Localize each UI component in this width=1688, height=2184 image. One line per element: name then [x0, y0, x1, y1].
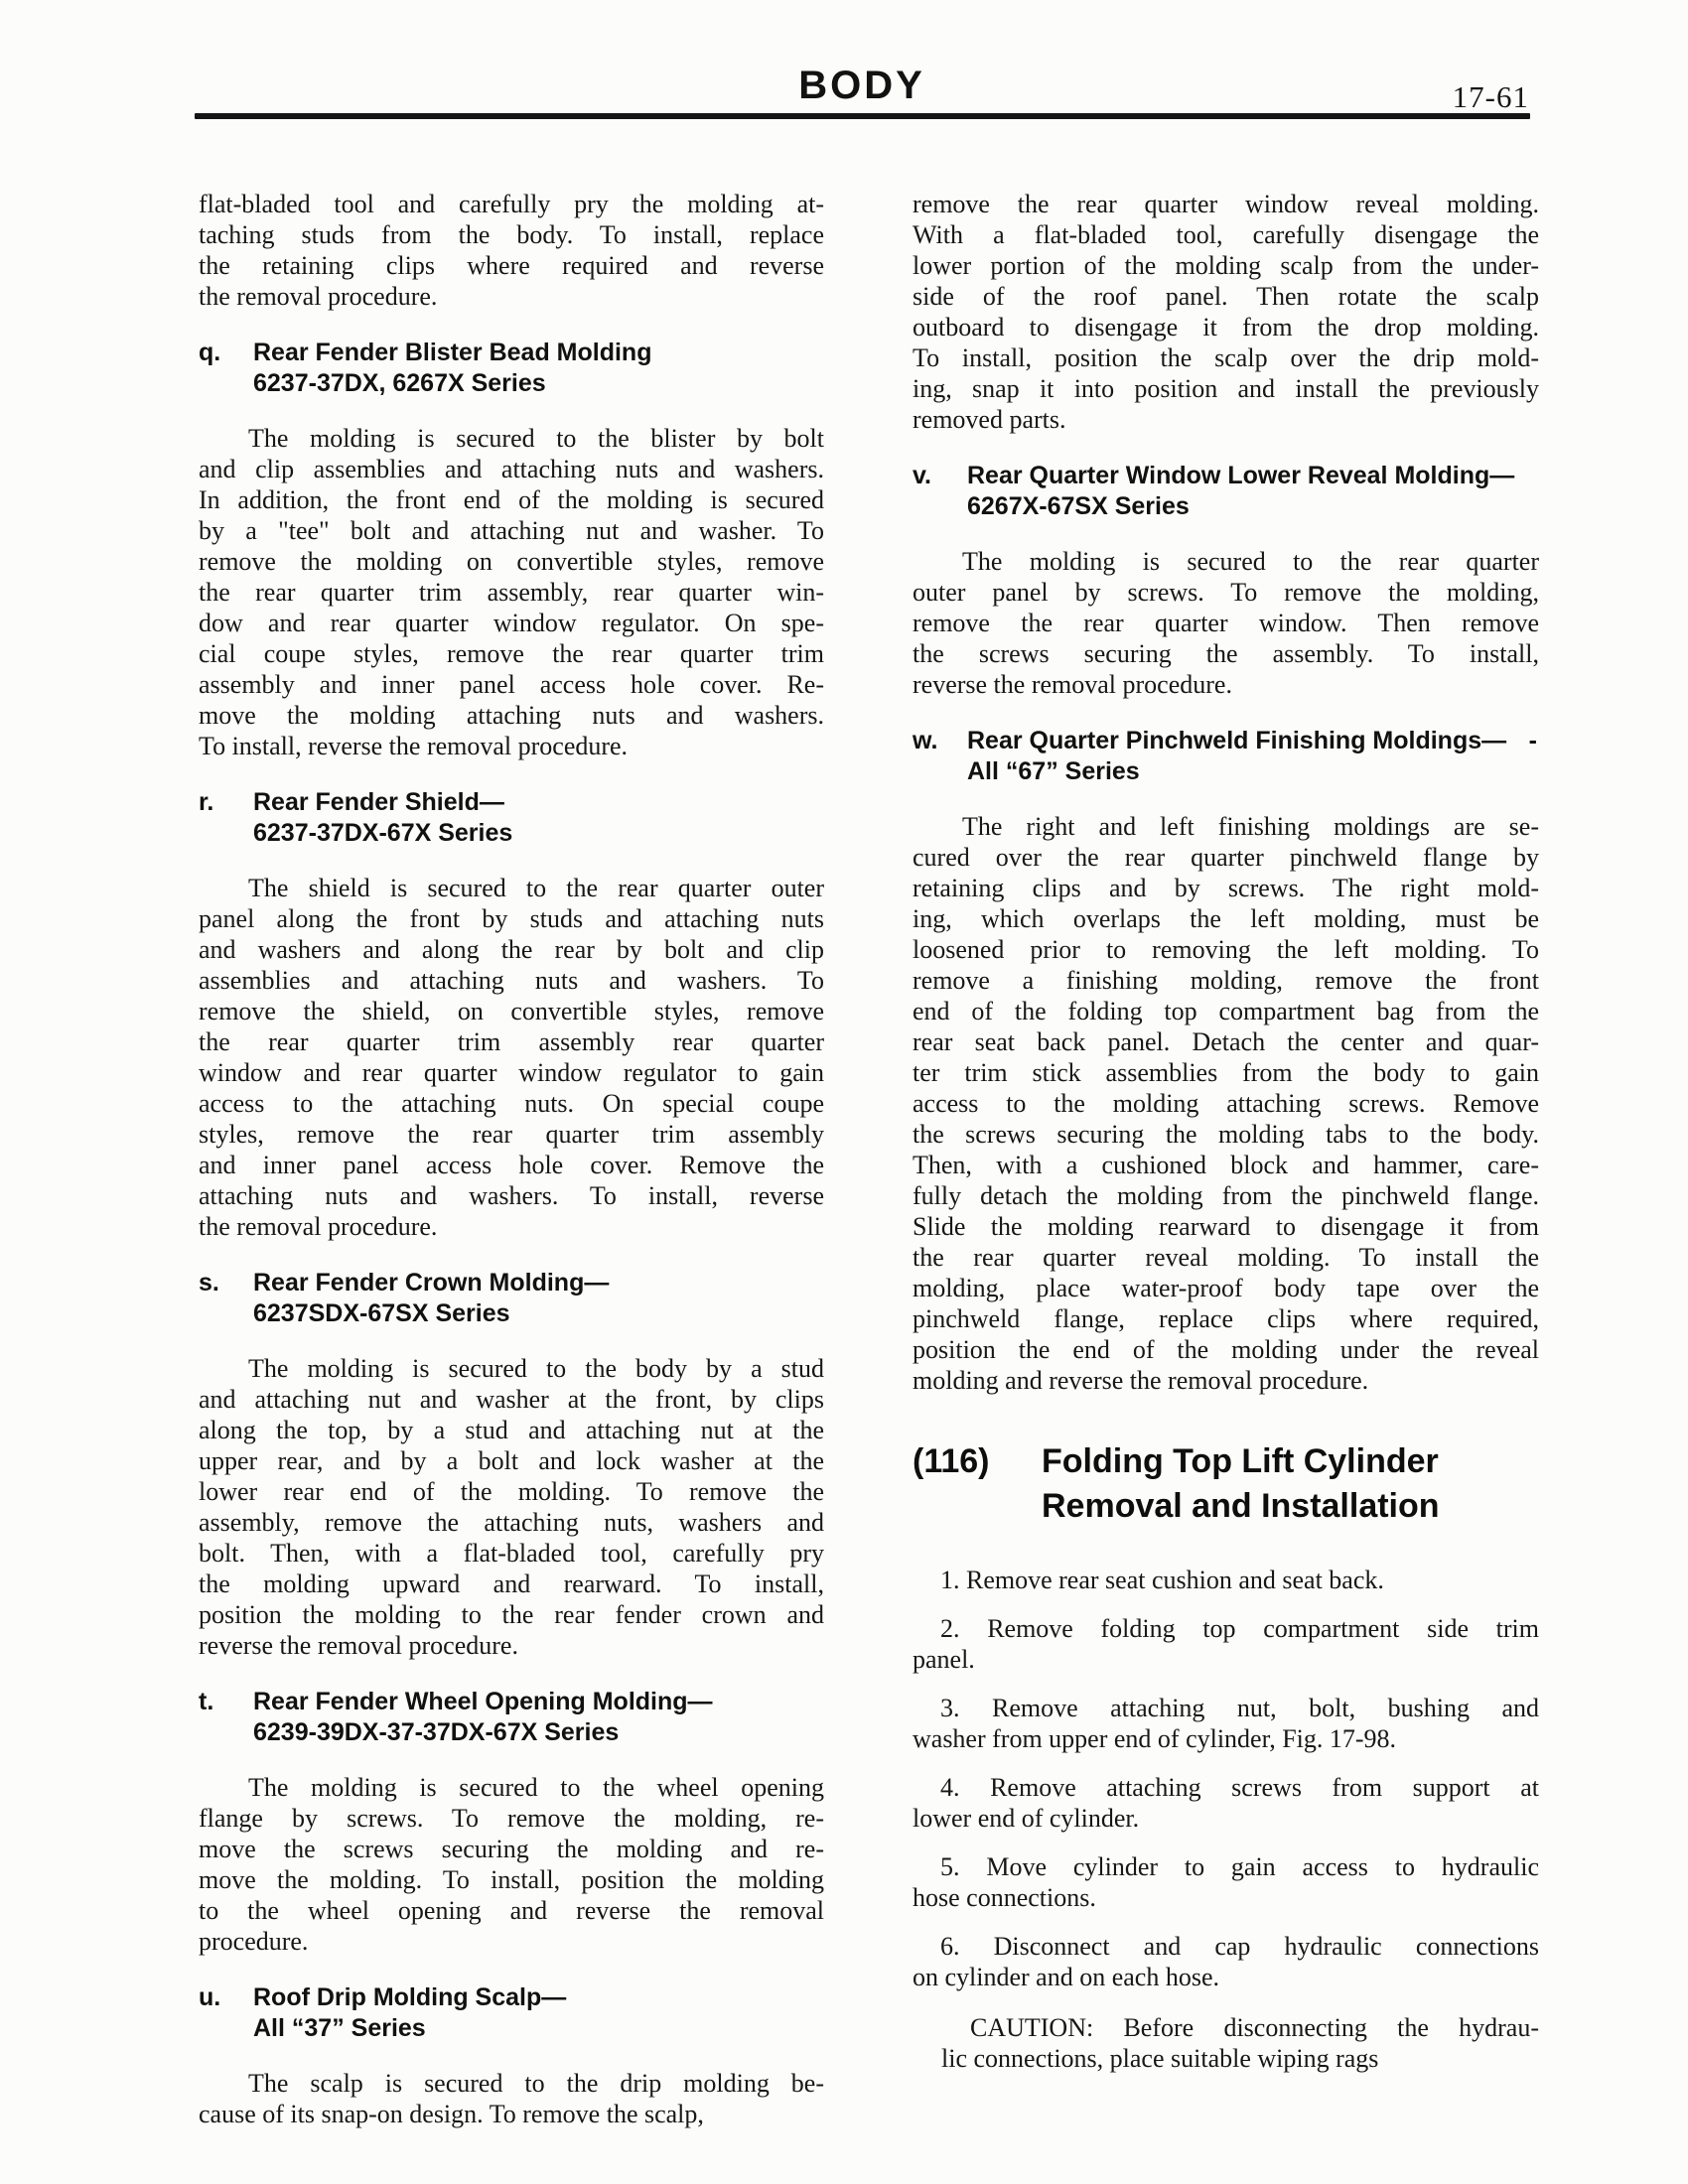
text-line: All “67” Series: [967, 756, 1539, 787]
text-line: lower portion of the molding scalp from …: [913, 250, 1539, 281]
text-line: remove a finishing molding, remove the f…: [913, 965, 1539, 996]
text-line: Slide the molding rearward to disengage …: [913, 1211, 1539, 1242]
text-line: The right and left finishing moldings ar…: [913, 811, 1539, 842]
text-line: the screws securing the molding tabs to …: [913, 1119, 1539, 1150]
paragraph: The scalp is secured to the drip molding…: [199, 2068, 824, 2129]
text-line: the rear quarter reveal molding. To inst…: [913, 1242, 1539, 1273]
text-line: outer panel by screws. To remove the mol…: [913, 577, 1539, 608]
text-line: by a "tee" bolt and attaching nut and wa…: [199, 515, 824, 546]
text-line: the screws securing the assembly. To ins…: [913, 638, 1539, 669]
text-line: 6. Disconnect and cap hydraulic connecti…: [913, 1931, 1539, 1962]
subsection-heading: s.Rear Fender Crown Molding—6237SDX-67SX…: [199, 1268, 824, 1329]
header-rule: [195, 113, 1530, 119]
text-line: cial coupe styles, remove the rear quart…: [199, 638, 824, 669]
text-line: taching studs from the body. To install,…: [199, 219, 824, 250]
text-line: CAUTION: Before disconnecting the hydrau…: [941, 2012, 1539, 2043]
text-line: Rear Fender Blister Bead Molding: [253, 338, 824, 368]
text-line: the rear quarter trim assembly rear quar…: [199, 1026, 824, 1057]
text-line: The scalp is secured to the drip molding…: [199, 2068, 824, 2099]
text-line: the rear quarter trim assembly, rear qua…: [199, 577, 824, 608]
text-line: access to the attaching nuts. On special…: [199, 1088, 824, 1119]
subsection-heading: q.Rear Fender Blister Bead Molding6237-3…: [199, 338, 824, 399]
text-line: on cylinder and on each hose.: [913, 1962, 1539, 1992]
text-line: Rear Quarter Window Lower Reveal Molding…: [967, 461, 1539, 491]
text-line: the removal procedure.: [199, 1211, 824, 1242]
text-line: window and rear quarter window regulator…: [199, 1057, 824, 1088]
text-line: along the top, by a stud and attaching n…: [199, 1415, 824, 1445]
text-line: lower end of cylinder.: [913, 1803, 1539, 1834]
text-line: move the molding attaching nuts and wash…: [199, 700, 824, 731]
subsection-heading: w.Rear Quarter Pinchweld Finishing Moldi…: [913, 726, 1539, 787]
text-line: reverse the removal procedure.: [199, 1630, 824, 1661]
text-line: styles, remove the rear quarter trim ass…: [199, 1119, 824, 1150]
text-line: 6239-39DX-37-37DX-67X Series: [253, 1717, 824, 1748]
text-line: retaining clips and by screws. The right…: [913, 873, 1539, 903]
subsection-heading: t.Rear Fender Wheel Opening Molding—6239…: [199, 1687, 824, 1748]
text-line: 6237-37DX-67X Series: [253, 818, 824, 849]
text-line: 4. Remove attaching screws from support …: [913, 1772, 1539, 1803]
text-line: and inner panel access hole cover. Remov…: [199, 1150, 824, 1180]
text-line: the removal procedure.: [199, 281, 824, 312]
text-line: ing, which overlaps the left molding, mu…: [913, 903, 1539, 934]
text-line: assembly and inner panel access hole cov…: [199, 669, 824, 700]
paragraph: The right and left finishing moldings ar…: [913, 811, 1539, 1396]
numbered-step: 2. Remove folding top compartment side t…: [913, 1613, 1539, 1675]
text-line: cured over the rear quarter pinchweld fl…: [913, 842, 1539, 873]
text-line: side of the roof panel. Then rotate the …: [913, 281, 1539, 312]
text-line: access to the molding attaching screws. …: [913, 1088, 1539, 1119]
paragraph: flat-bladed tool and carefully pry the m…: [199, 189, 824, 312]
text-line: 3. Remove attaching nut, bolt, bushing a…: [913, 1693, 1539, 1723]
text-line: move the screws securing the molding and…: [199, 1834, 824, 1864]
text-line: In addition, the front end of the moldin…: [199, 484, 824, 515]
paragraph: The molding is secured to the wheel open…: [199, 1772, 824, 1957]
text-line: The molding is secured to the rear quart…: [913, 546, 1539, 577]
text-line: and attaching nut and washer at the fron…: [199, 1384, 824, 1415]
text-line: attaching nuts and washers. To install, …: [199, 1180, 824, 1211]
text-line: 6237-37DX, 6267X Series: [253, 368, 824, 399]
text-line: Rear Quarter Pinchweld Finishing Molding…: [967, 726, 1539, 756]
text-line: end of the folding top compartment bag f…: [913, 996, 1539, 1026]
text-line: molding, place water-proof body tape ove…: [913, 1273, 1539, 1303]
text-line: ing, snap it into position and install t…: [913, 373, 1539, 404]
text-line: 5. Move cylinder to gain access to hydra…: [913, 1851, 1539, 1882]
heading-marker: q.: [199, 338, 220, 368]
text-line: To install, reverse the removal procedur…: [199, 731, 824, 761]
text-line: flat-bladed tool and carefully pry the m…: [199, 189, 824, 219]
text-line: lower rear end of the molding. To remove…: [199, 1476, 824, 1507]
right-column: remove the rear quarter window reveal mo…: [913, 189, 1539, 2074]
text-line: dow and rear quarter window regulator. O…: [199, 608, 824, 638]
heading-marker: r.: [199, 787, 213, 818]
text-line: 6267X-67SX Series: [967, 491, 1539, 522]
text-line: Then, with a cushioned block and hammer,…: [913, 1150, 1539, 1180]
text-line: molding and reverse the removal procedur…: [913, 1365, 1539, 1396]
text-line: panel along the front by studs and attac…: [199, 903, 824, 934]
text-line: All “37” Series: [253, 2013, 824, 2044]
text-line: reverse the removal procedure.: [913, 669, 1539, 700]
text-line: The molding is secured to the body by a …: [199, 1353, 824, 1384]
text-line: assemblies and attaching nuts and washer…: [199, 965, 824, 996]
text-line: remove the rear quarter window. Then rem…: [913, 608, 1539, 638]
section-heading: (116)Folding Top Lift CylinderRemoval an…: [913, 1439, 1539, 1529]
text-line: upper rear, and by a bolt and lock washe…: [199, 1445, 824, 1476]
text-line: The shield is secured to the rear quarte…: [199, 873, 824, 903]
numbered-step: 3. Remove attaching nut, bolt, bushing a…: [913, 1693, 1539, 1754]
paragraph: The molding is secured to the rear quart…: [913, 546, 1539, 700]
text-line: outboard to disengage it from the drop m…: [913, 312, 1539, 342]
heading-marker: t.: [199, 1687, 213, 1717]
text-line: position the end of the molding under th…: [913, 1334, 1539, 1365]
text-line: fully detach the molding from the pinchw…: [913, 1180, 1539, 1211]
heading-marker: u.: [199, 1982, 220, 2013]
text-line: With a flat-bladed tool, carefully disen…: [913, 219, 1539, 250]
text-line: remove the molding on convertible styles…: [199, 546, 824, 577]
text-line: Roof Drip Molding Scalp—: [253, 1982, 824, 2013]
manual-page: BODY 17-61 flat-bladed tool and carefull…: [0, 0, 1688, 2184]
text-line: move the molding. To install, position t…: [199, 1864, 824, 1895]
heading-marker: v.: [913, 461, 931, 491]
text-line: The molding is secured to the wheel open…: [199, 1772, 824, 1803]
text-line: remove the shield, on convertible styles…: [199, 996, 824, 1026]
subsection-heading: r.Rear Fender Shield—6237-37DX-67X Serie…: [199, 787, 824, 849]
numbered-step: 5. Move cylinder to gain access to hydra…: [913, 1851, 1539, 1913]
text-line: removed parts.: [913, 404, 1539, 435]
caution-note: CAUTION: Before disconnecting the hydrau…: [941, 2012, 1539, 2074]
text-line: hose connections.: [913, 1882, 1539, 1913]
text-line: procedure.: [199, 1926, 824, 1957]
text-line: Rear Fender Crown Molding—: [253, 1268, 824, 1298]
text-line: Removal and Installation: [1042, 1484, 1539, 1529]
text-line: 2. Remove folding top compartment side t…: [913, 1613, 1539, 1644]
paragraph: The molding is secured to the blister by…: [199, 423, 824, 761]
left-column: flat-bladed tool and carefully pry the m…: [199, 189, 824, 2129]
paragraph: The molding is secured to the body by a …: [199, 1353, 824, 1661]
text-line: Rear Fender Wheel Opening Molding—: [253, 1687, 824, 1717]
page-number: 17-61: [1321, 79, 1529, 115]
numbered-step: 6. Disconnect and cap hydraulic connecti…: [913, 1931, 1539, 1992]
text-line: and clip assemblies and attaching nuts a…: [199, 454, 824, 484]
text-line: the retaining clips where required and r…: [199, 250, 824, 281]
text-line: 6237SDX-67SX Series: [253, 1298, 824, 1329]
text-line: flange by screws. To remove the molding,…: [199, 1803, 824, 1834]
text-line: panel.: [913, 1644, 1539, 1675]
text-line: washer from upper end of cylinder, Fig. …: [913, 1723, 1539, 1754]
numbered-step: 1. Remove rear seat cushion and seat bac…: [913, 1565, 1539, 1595]
subsection-heading: v.Rear Quarter Window Lower Reveal Moldi…: [913, 461, 1539, 522]
paragraph: The shield is secured to the rear quarte…: [199, 873, 824, 1242]
text-line: Rear Fender Shield—: [253, 787, 824, 818]
print-artifact-dash: -: [1529, 726, 1537, 756]
text-line: 1. Remove rear seat cushion and seat bac…: [913, 1565, 1539, 1595]
text-line: assembly, remove the attaching nuts, was…: [199, 1507, 824, 1538]
text-line: Folding Top Lift Cylinder: [1042, 1439, 1539, 1484]
text-line: To install, position the scalp over the …: [913, 342, 1539, 373]
text-line: lic connections, place suitable wiping r…: [941, 2043, 1539, 2074]
text-line: position the molding to the rear fender …: [199, 1599, 824, 1630]
text-line: the molding upward and rearward. To inst…: [199, 1569, 824, 1599]
text-line: loosened prior to removing the left mold…: [913, 934, 1539, 965]
text-line: rear seat back panel. Detach the center …: [913, 1026, 1539, 1057]
text-line: remove the rear quarter window reveal mo…: [913, 189, 1539, 219]
text-line: and washers and along the rear by bolt a…: [199, 934, 824, 965]
subsection-heading: u.Roof Drip Molding Scalp—All “37” Serie…: [199, 1982, 824, 2044]
text-line: bolt. Then, with a flat-bladed tool, car…: [199, 1538, 824, 1569]
text-line: cause of its snap-on design. To remove t…: [199, 2099, 824, 2129]
text-line: ter trim stick assemblies from the body …: [913, 1057, 1539, 1088]
numbered-step: 4. Remove attaching screws from support …: [913, 1772, 1539, 1834]
text-line: to the wheel opening and reverse the rem…: [199, 1895, 824, 1926]
heading-marker: w.: [913, 726, 937, 756]
heading-marker: s.: [199, 1268, 219, 1298]
text-line: The molding is secured to the blister by…: [199, 423, 824, 454]
heading-marker: (116): [913, 1439, 990, 1484]
text-line: pinchweld flange, replace clips where re…: [913, 1303, 1539, 1334]
paragraph: remove the rear quarter window reveal mo…: [913, 189, 1539, 435]
